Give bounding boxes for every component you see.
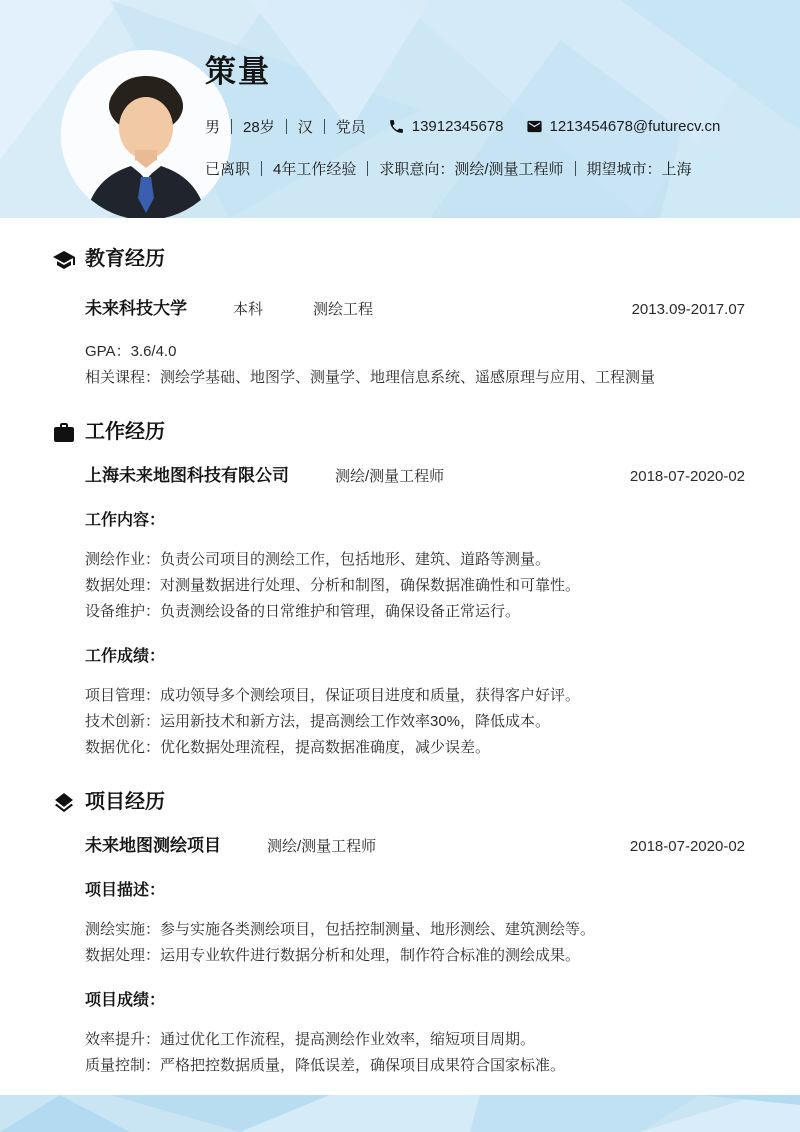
phone-number: 13912345678 <box>412 118 504 135</box>
phone-icon <box>388 118 405 135</box>
work-content-item: 测绘作业：负责公司项目的测绘工作，包括地形、建筑、道路等测量。 <box>85 547 745 573</box>
degree: 本科 <box>233 298 263 322</box>
political-status: 党员 <box>336 116 366 137</box>
project-date: 2018-07-2020-02 <box>630 835 745 859</box>
section-education: 教育经历 <box>85 245 745 273</box>
employment-status: 已离职 <box>205 158 250 179</box>
project-name: 未来地图测绘项目 <box>85 834 221 858</box>
work-content-item: 数据处理：对测量数据进行处理、分析和制图，确保数据准确性和可靠性。 <box>85 573 745 599</box>
briefcase-icon <box>52 421 76 445</box>
work-achievement-item: 技术创新：运用新技术和新方法，提高测绘工作效率30%，降低成本。 <box>85 709 745 735</box>
work-achievement-item: 数据优化：优化数据处理流程，提高数据准确度，减少误差。 <box>85 735 745 761</box>
work-achievement-label: 工作成绩： <box>85 644 745 670</box>
education-date: 2013.09-2017.07 <box>632 298 745 322</box>
envelope-icon <box>526 118 543 135</box>
desired-city: 期望城市：上海 <box>587 158 692 179</box>
footer-decoration <box>0 1095 800 1132</box>
project-achievement-item: 质量控制：严格把控数据质量，降低误差，确保项目成果符合国家标准。 <box>85 1053 745 1079</box>
major: 测绘工程 <box>313 298 373 322</box>
gpa-line: GPA：3.6/4.0 <box>85 339 745 365</box>
section-title-text: 教育经历 <box>85 248 165 270</box>
section-title-text: 工作经历 <box>85 421 165 443</box>
work-content-label: 工作内容： <box>85 508 745 534</box>
project-achievement-item: 效率提升：通过优化工作流程，提高测绘作业效率，缩短项目周期。 <box>85 1027 745 1053</box>
job-intention: 求职意向：测绘/测量工程师 <box>379 158 563 179</box>
age: 28岁 <box>243 116 275 137</box>
education-entry: 未来科技大学 本科 测绘工程 2013.09-2017.07 <box>85 297 745 322</box>
divider <box>286 119 287 134</box>
footer-triangle-pattern <box>0 1095 800 1132</box>
project-desc-item: 数据处理：运用专业软件进行数据分析和处理，制作符合标准的测绘成果。 <box>85 943 745 969</box>
section-title-text: 项目经历 <box>85 791 165 813</box>
section-work: 工作经历 <box>85 418 745 446</box>
company-name: 上海未来地图科技有限公司 <box>85 464 289 488</box>
project-desc-item: 测绘实施：参与实施各类测绘项目，包括控制测量、地形测绘、建筑测绘等。 <box>85 917 745 943</box>
divider <box>231 119 232 134</box>
layers-icon <box>52 791 76 815</box>
work-achievement-item: 项目管理：成功领导多个测绘项目，保证项目进度和质量，获得客户好评。 <box>85 683 745 709</box>
section-project: 项目经历 <box>85 788 745 816</box>
gender: 男 <box>205 116 220 137</box>
job-title: 测绘/测量工程师 <box>335 465 444 489</box>
divider <box>367 161 368 176</box>
project-entry: 未来地图测绘项目 测绘/测量工程师 2018-07-2020-02 <box>85 834 745 859</box>
years-experience: 4年工作经验 <box>273 158 356 179</box>
job-intent-row: 已离职 4年工作经验 求职意向：测绘/测量工程师 期望城市：上海 <box>205 158 765 179</box>
divider <box>324 119 325 134</box>
work-content-item: 设备维护：负责测绘设备的日常维护和管理，确保设备正常运行。 <box>85 599 745 625</box>
candidate-name: 策量 <box>205 52 765 92</box>
school-name: 未来科技大学 <box>85 297 187 321</box>
work-entry: 上海未来地图科技有限公司 测绘/测量工程师 2018-07-2020-02 <box>85 464 745 489</box>
email-address: 1213454678@futurecv.cn <box>550 118 721 135</box>
resume-header: 策量 男 28岁 汉 党员 13912345678 1213454678@fut… <box>0 0 800 218</box>
work-date: 2018-07-2020-02 <box>630 465 745 489</box>
courses-line: 相关课程：测绘学基础、地图学、测量学、地理信息系统、遥感原理与应用、工程测量 <box>85 365 745 391</box>
project-achievement-label: 项目成绩： <box>85 988 745 1014</box>
ethnicity: 汉 <box>298 116 313 137</box>
divider <box>261 161 262 176</box>
project-role: 测绘/测量工程师 <box>267 835 376 859</box>
project-desc-label: 项目描述： <box>85 878 745 904</box>
divider <box>575 161 576 176</box>
resume-body: 教育经历 未来科技大学 本科 测绘工程 2013.09-2017.07 GPA：… <box>0 218 800 1079</box>
personal-info-row: 男 28岁 汉 党员 13912345678 1213454678@future… <box>205 116 765 137</box>
graduation-cap-icon <box>52 248 76 272</box>
